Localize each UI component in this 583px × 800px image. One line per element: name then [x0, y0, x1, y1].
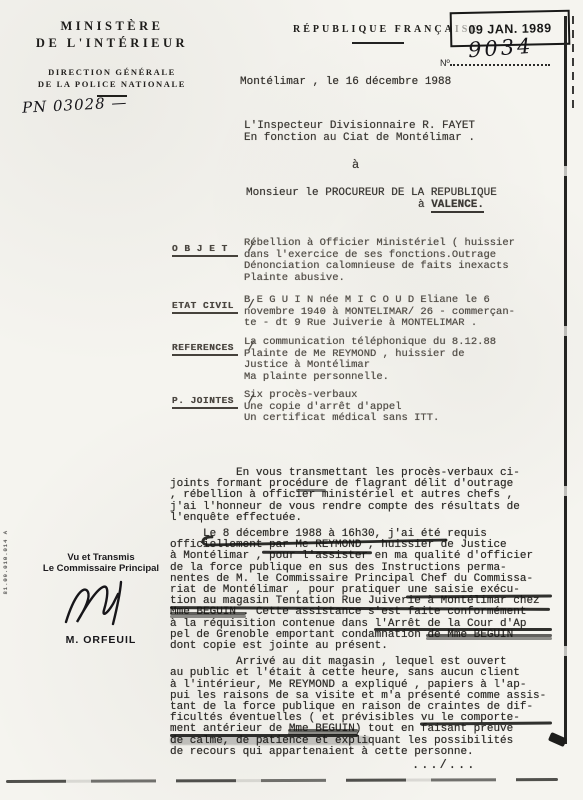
field-etat-civil-content: B E G U I N née M I C O U D Eliane le 6n…	[244, 295, 515, 330]
field-pieces-jointes-label: P. JOINTES	[172, 395, 238, 409]
direction-line1: DIRECTION GÉNÉRALE	[12, 67, 212, 79]
signatory-name: M. ORFEUIL	[26, 634, 176, 646]
pen-scribble-beguin-3	[288, 729, 358, 732]
field-references: REFERENCES / La communication téléphoniq…	[172, 337, 564, 356]
pen-underline-date-icon	[196, 532, 452, 550]
salutation-a: à	[352, 158, 359, 172]
recipient-place: VALENCE.	[431, 199, 484, 213]
letter-body: En vous transmettant les procès-verbaux …	[170, 468, 568, 763]
recipient-line1: Monsieur le PROCUREUR DE LA REPUBLIQUE	[246, 187, 497, 199]
pen-underline-arret	[374, 628, 552, 631]
field-references-content: La communication téléphonique du 8.12.88…	[244, 337, 496, 384]
dateline: Montélimar , le 16 décembre 1988	[240, 76, 451, 88]
republic-rule	[352, 42, 404, 44]
transmittal-line1: Vu et Transmis	[26, 552, 176, 563]
field-objet-label: O B J E T	[172, 243, 238, 257]
field-pieces-jointes-content: Six procès-verbauxUne copie d'arrêt d'ap…	[244, 390, 439, 425]
recipient-line2: à VALENCE.	[418, 199, 484, 211]
pen-scribble-beguin-2	[426, 634, 552, 637]
field-objet-content: Rébellion à Officier Ministériel ( huiss…	[244, 238, 515, 285]
field-pieces-jointes: P. JOINTES / Six procès-verbauxUne copie…	[172, 390, 564, 409]
field-etat-civil-label: ETAT CIVIL	[172, 300, 238, 314]
sender-block: L'Inspecteur Divisionnaire R. FAYETEn fo…	[244, 120, 475, 144]
edge-print-reference: 81.09.010.014 A	[2, 530, 9, 595]
continuation-marks: .../...	[412, 758, 476, 772]
ministry-line2: DE L'INTÉRIEUR	[12, 35, 212, 52]
ministry-line1: MINISTÈRE	[12, 18, 212, 35]
signature-icon	[58, 576, 144, 632]
handwritten-number: 9034	[467, 34, 534, 63]
pen-underline-procedure	[296, 489, 326, 492]
letterhead: MINISTÈRE DE L'INTÉRIEUR DIRECTION GÉNÉR…	[12, 18, 212, 97]
field-etat-civil: ETAT CIVIL / B E G U I N née M I C O U D…	[172, 295, 564, 314]
page-edge-line	[564, 16, 567, 744]
stamp-date: 09 JAN. 1989	[468, 21, 551, 37]
transmittal-block: Vu et Transmis Le Commissaire Principal …	[26, 552, 176, 646]
bottom-smudge-line	[6, 778, 558, 783]
recipient-line2-prefix: à	[418, 199, 431, 211]
field-objet: O B J E T / Rébellion à Officier Ministé…	[172, 238, 564, 257]
page-edge-dashes	[572, 16, 574, 112]
direction-line2: DE LA POLICE NATIONALE	[12, 79, 212, 91]
ministry-title: MINISTÈRE DE L'INTÉRIEUR	[12, 18, 212, 52]
body-paragraph-1: En vous transmettant les procès-verbaux …	[170, 468, 568, 524]
direction-title: DIRECTION GÉNÉRALE DE LA POLICE NATIONAL…	[12, 67, 212, 90]
ink-smear	[170, 736, 370, 745]
transmittal-line2: Le Commissaire Principal	[26, 563, 176, 574]
pen-scribble-beguin-1	[170, 612, 246, 615]
field-references-label: REFERENCES	[172, 342, 238, 356]
scanned-letter-page: MINISTÈRE DE L'INTÉRIEUR DIRECTION GÉNÉR…	[0, 0, 583, 800]
number-label: Nº	[440, 58, 450, 68]
